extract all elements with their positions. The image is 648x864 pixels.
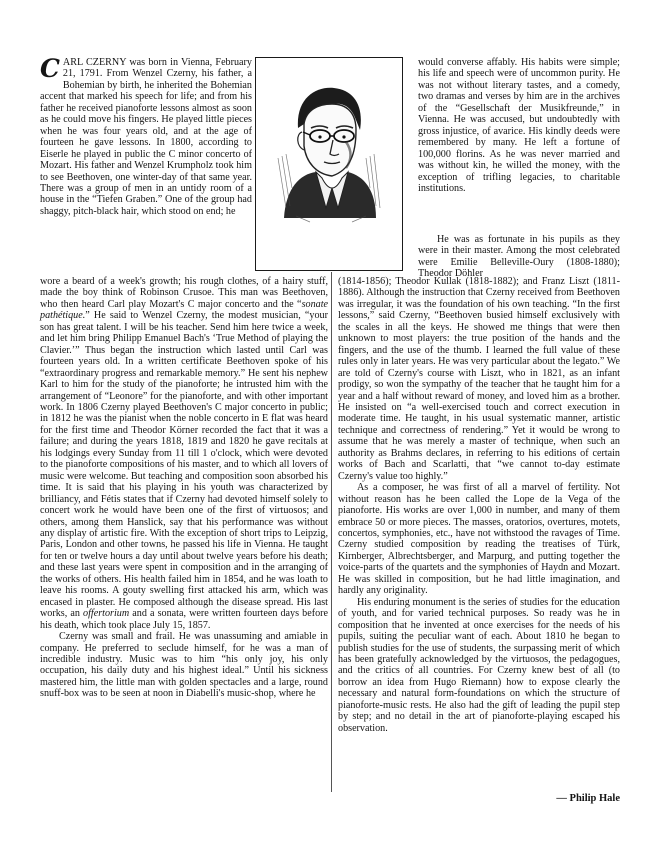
left-column-top: CARL CZERNY was born in Vienna, February… bbox=[40, 57, 252, 217]
article-page: CARL CZERNY was born in Vienna, February… bbox=[0, 0, 648, 864]
portrait-frame bbox=[255, 57, 403, 271]
pupils-paragraph-continued: (1814-1856); Theodor Kullak (1818-1882);… bbox=[338, 276, 620, 482]
intro-paragraph-lead: CARL CZERNY was born in Vienna, February… bbox=[40, 57, 252, 217]
author-signature: — Philip Hale bbox=[556, 793, 620, 804]
portrait-engraving-icon bbox=[256, 58, 402, 270]
right-column-main: (1814-1856); Theodor Kullak (1818-1882);… bbox=[338, 276, 620, 734]
character-paragraph: Czerny was small and frail. He was unass… bbox=[40, 631, 328, 700]
intro-paragraph-continued: wore a beard of a week's growth; his rou… bbox=[40, 276, 328, 631]
right-column-top: would converse affably. His habits were … bbox=[418, 57, 620, 194]
character-paragraph-continued: would converse affably. His habits were … bbox=[418, 57, 620, 194]
right-column-mid: He was as fortunate in his pupils as the… bbox=[418, 234, 620, 280]
column-divider bbox=[331, 272, 332, 792]
pupils-paragraph-lead: He was as fortunate in his pupils as the… bbox=[418, 234, 620, 280]
studies-paragraph: His enduring monument is the series of s… bbox=[338, 597, 620, 734]
composer-paragraph: As a composer, he was first of all a mar… bbox=[338, 482, 620, 597]
left-column-main: wore a beard of a week's growth; his rou… bbox=[40, 276, 328, 700]
drop-cap: C bbox=[40, 58, 60, 80]
